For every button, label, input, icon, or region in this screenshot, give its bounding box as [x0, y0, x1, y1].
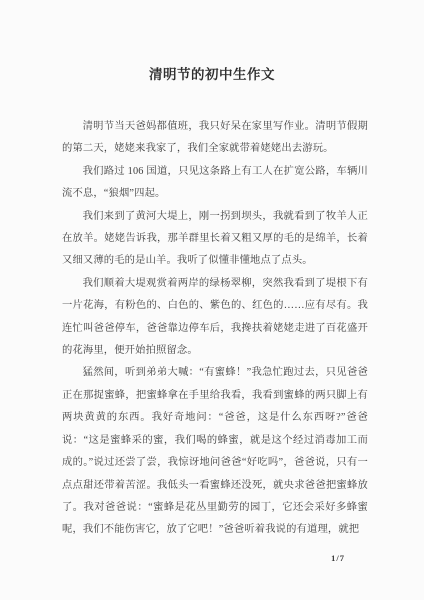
paragraph-2: 我们路过 106 国道，只见这条路上有工人在扩宽公路，车辆川流不息，“狼烟”四起… — [62, 161, 368, 206]
document-body: 清明节当天爸妈都值班，我只好呆在家里写作业。清明节假期的第二天，姥姥来我家了，我… — [62, 116, 368, 542]
paragraph-4: 我们顺着大堤观赏着两岸的绿杨翠柳，突然我看到了堤根下有一片花海，有粉色的、白色的… — [62, 273, 368, 363]
paragraph-3: 我们来到了黄河大堤上，刚一拐到坝头，我就看到了牧羊人正在放羊。姥姥告诉我，那羊群… — [62, 206, 368, 273]
paragraph-5: 猛然间，听到弟弟大喊：“有蜜蜂！”我急忙跑过去，只见爸爸正在那捉蜜蜂，把蜜蜂拿在… — [62, 362, 368, 541]
document-page: 清明节的初中生作文 清明节当天爸妈都值班，我只好呆在家里写作业。清明节假期的第二… — [0, 0, 424, 600]
page-number: 1/7 — [331, 553, 345, 563]
paragraph-1: 清明节当天爸妈都值班，我只好呆在家里写作业。清明节假期的第二天，姥姥来我家了，我… — [62, 116, 368, 161]
document-title: 清明节的初中生作文 — [0, 63, 424, 83]
